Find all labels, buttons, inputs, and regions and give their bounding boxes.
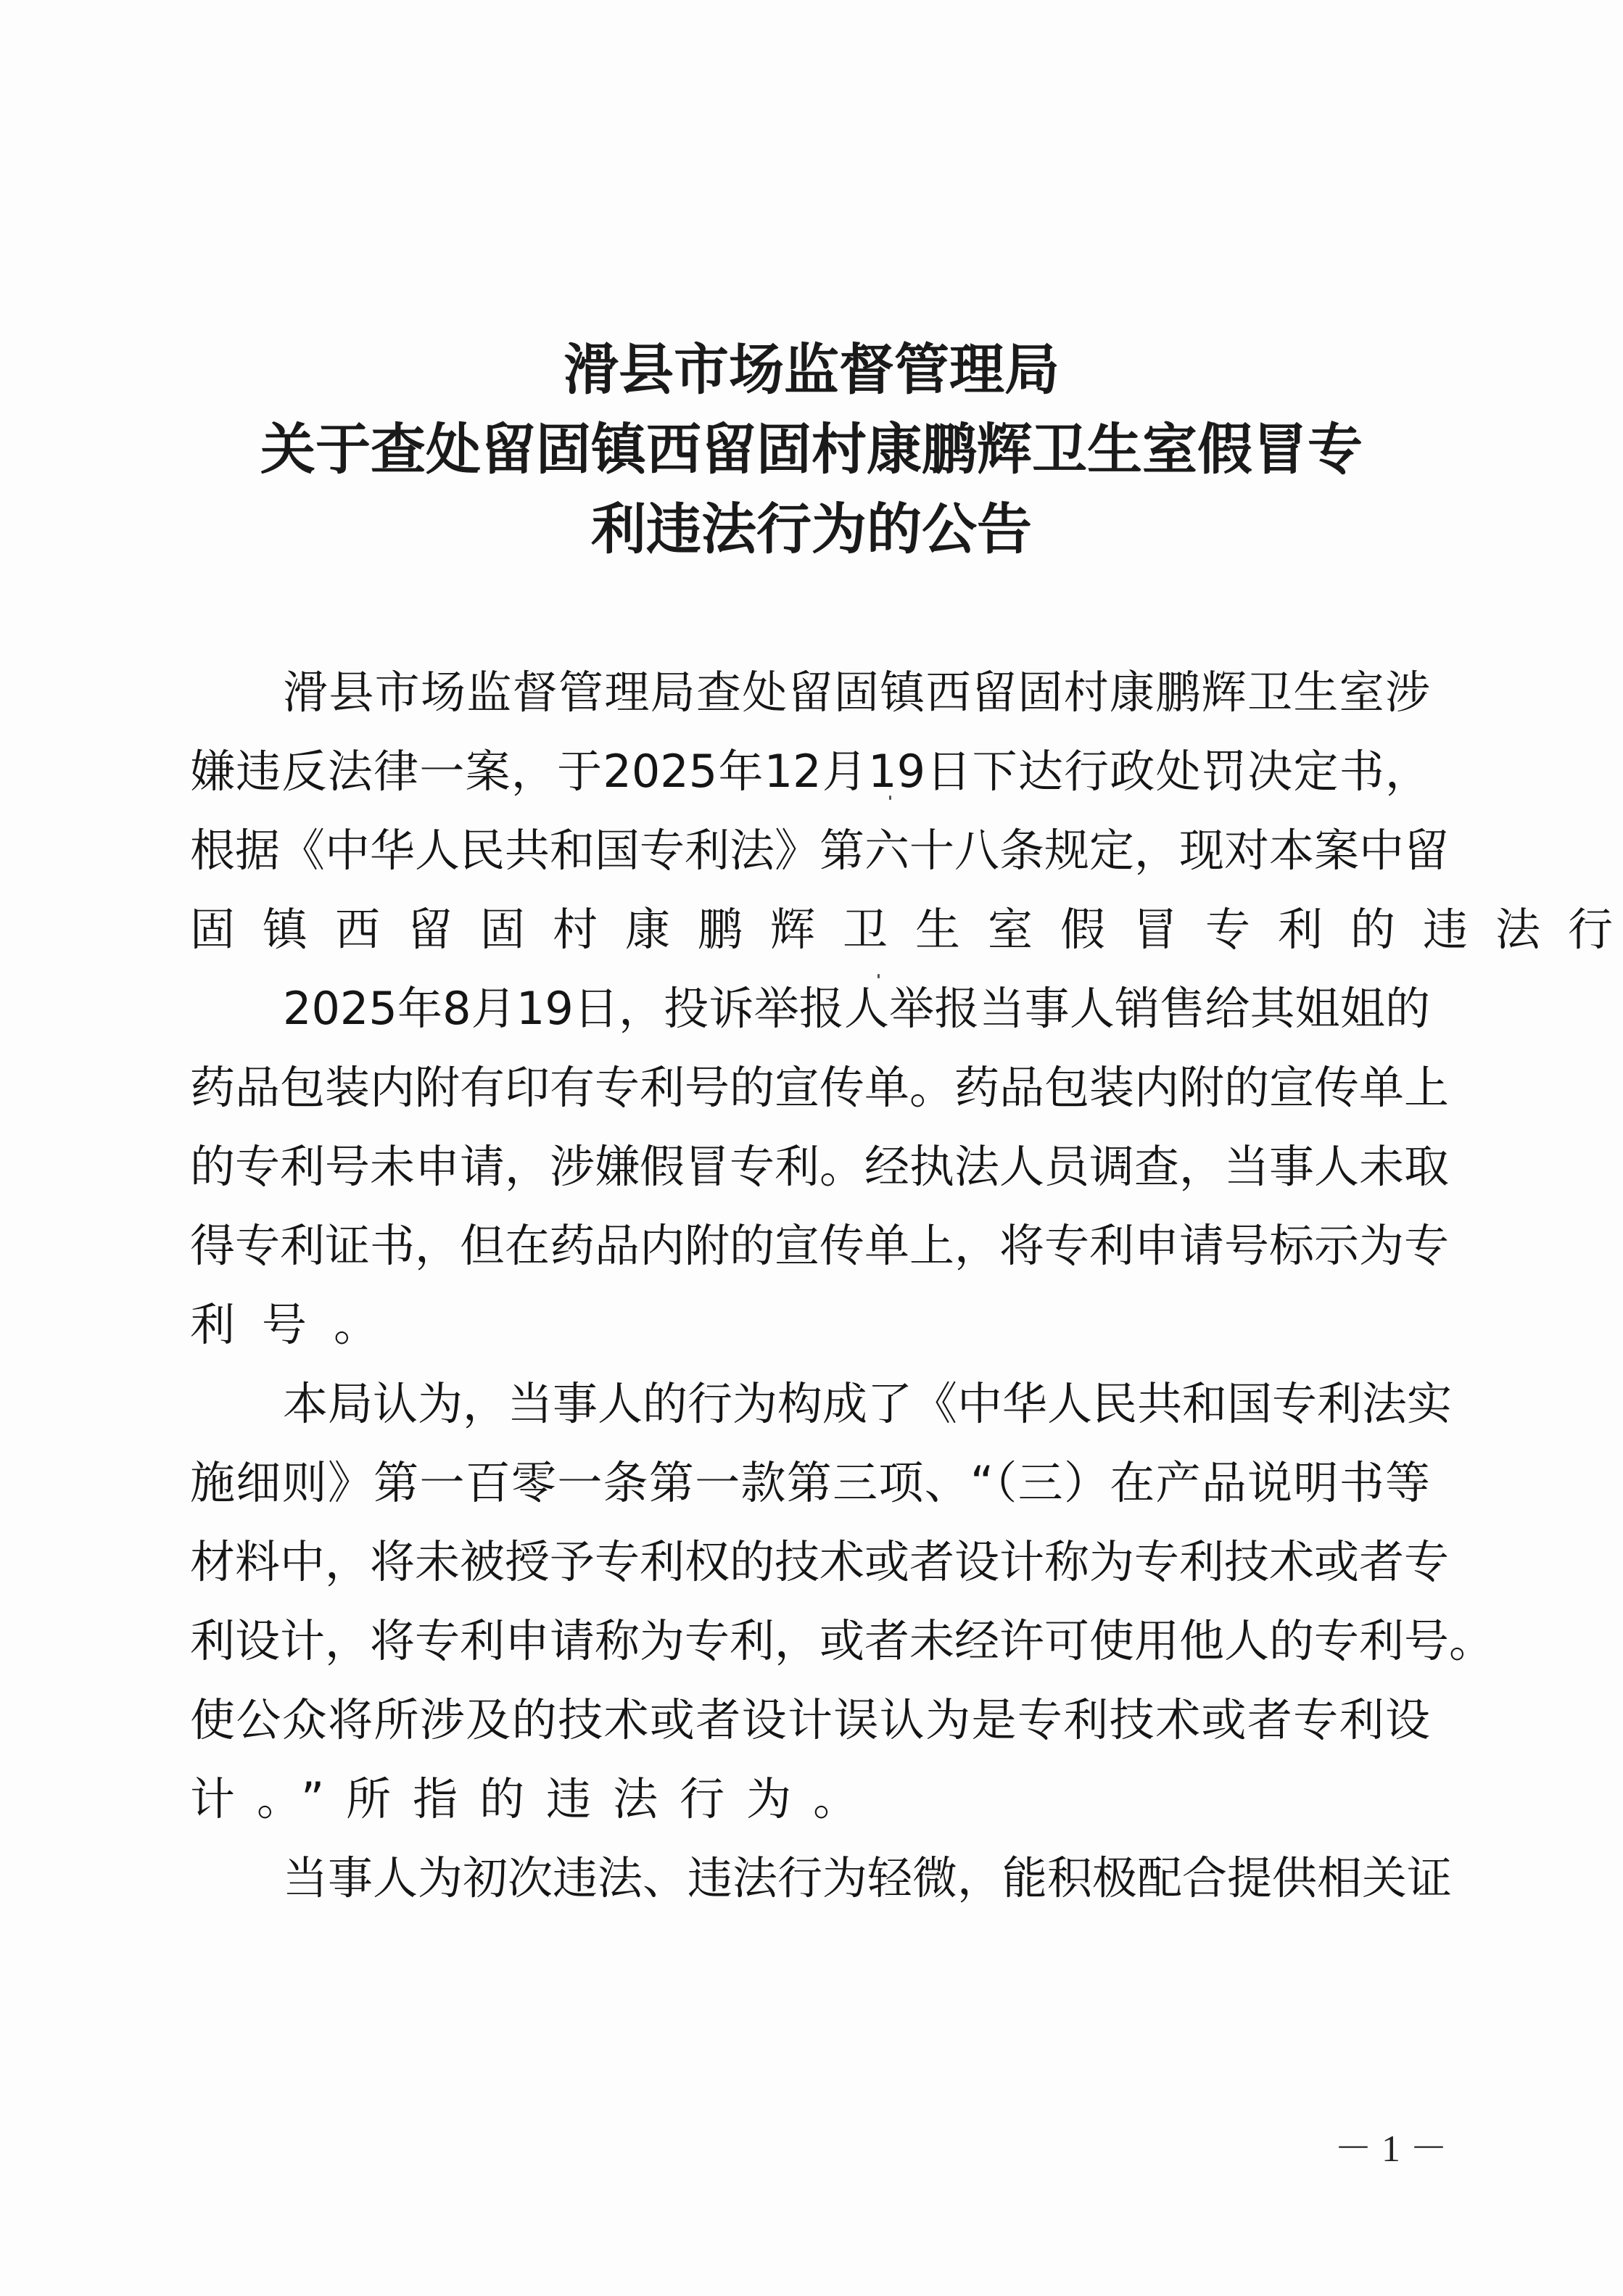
document-body: 滑县市场监督管理局查处留固镇西留固村康鹏辉卫生室涉 嫌违反法律一案，于2025年… — [190, 653, 1430, 1917]
scan-artifact — [877, 974, 880, 978]
body-line: 固镇西留固村康鹏辉卫生室假冒专利的违法行为予以公告。 — [190, 890, 1430, 969]
paragraph-legal-finding: 本局认为，当事人的行为构成了《中华人民共和国专利法实 施细则》第一百零一条第一款… — [190, 1364, 1430, 1838]
paragraph-complaint-facts: 2025年8月19日，投诉举报人举报当事人销售给其姐姐的 药品包装内附有印有专利… — [190, 969, 1430, 1364]
body-line: 利号。 — [190, 1285, 1430, 1364]
body-line: 材料中，将未被授予专利权的技术或者设计称为专利技术或者专 — [190, 1522, 1430, 1601]
scan-artifact — [889, 796, 891, 800]
body-line: 当事人为初次违法、违法行为轻微，能积极配合提供相关证 — [190, 1838, 1430, 1917]
body-line: 计。”所指的违法行为。 — [190, 1759, 1430, 1838]
body-line: 使公众将所涉及的技术或者设计误认为是专利技术或者专利设 — [190, 1680, 1430, 1759]
body-line: 的专利号未申请，涉嫌假冒专利。经执法人员调查，当事人未取 — [190, 1127, 1430, 1206]
body-line: 利设计，将专利申请称为专利，或者未经许可使用他人的专利号。 — [190, 1601, 1430, 1680]
paragraph-case-summary: 滑县市场监督管理局查处留固镇西留固村康鹏辉卫生室涉 嫌违反法律一案，于2025年… — [190, 653, 1430, 969]
body-line: 2025年8月19日，投诉举报人举报当事人销售给其姐姐的 — [190, 969, 1430, 1048]
document-title: 滑县市场监督管理局 关于查处留固镇西留固村康鹏辉卫生室假冒专 利违法行为的公告 — [0, 330, 1623, 569]
title-line-subject: 关于查处留固镇西留固村康鹏辉卫生室假冒专 — [0, 410, 1623, 490]
body-line: 根据《中华人民共和国专利法》第六十八条规定，现对本案中留 — [190, 811, 1430, 890]
body-line: 本局认为，当事人的行为构成了《中华人民共和国专利法实 — [190, 1364, 1430, 1443]
body-line: 施细则》第一百零一条第一款第三项、“（三）在产品说明书等 — [190, 1443, 1430, 1522]
body-line: 嫌违反法律一案，于2025年12月19日下达行政处罚决定书， — [190, 732, 1430, 811]
paragraph-mitigation: 当事人为初次违法、违法行为轻微，能积极配合提供相关证 — [190, 1838, 1430, 1917]
title-line-subject-cont: 利违法行为的公告 — [0, 490, 1623, 569]
document-page: 滑县市场监督管理局 关于查处留固镇西留固村康鹏辉卫生室假冒专 利违法行为的公告 … — [0, 0, 1623, 2296]
body-line: 得专利证书，但在药品内附的宣传单上，将专利申请号标示为专 — [190, 1206, 1430, 1285]
page-number: － 1 － — [1334, 2118, 1448, 2172]
body-line: 滑县市场监督管理局查处留固镇西留固村康鹏辉卫生室涉 — [190, 653, 1430, 732]
title-line-issuer: 滑县市场监督管理局 — [0, 330, 1623, 410]
body-line: 药品包装内附有印有专利号的宣传单。药品包装内附的宣传单上 — [190, 1048, 1430, 1127]
